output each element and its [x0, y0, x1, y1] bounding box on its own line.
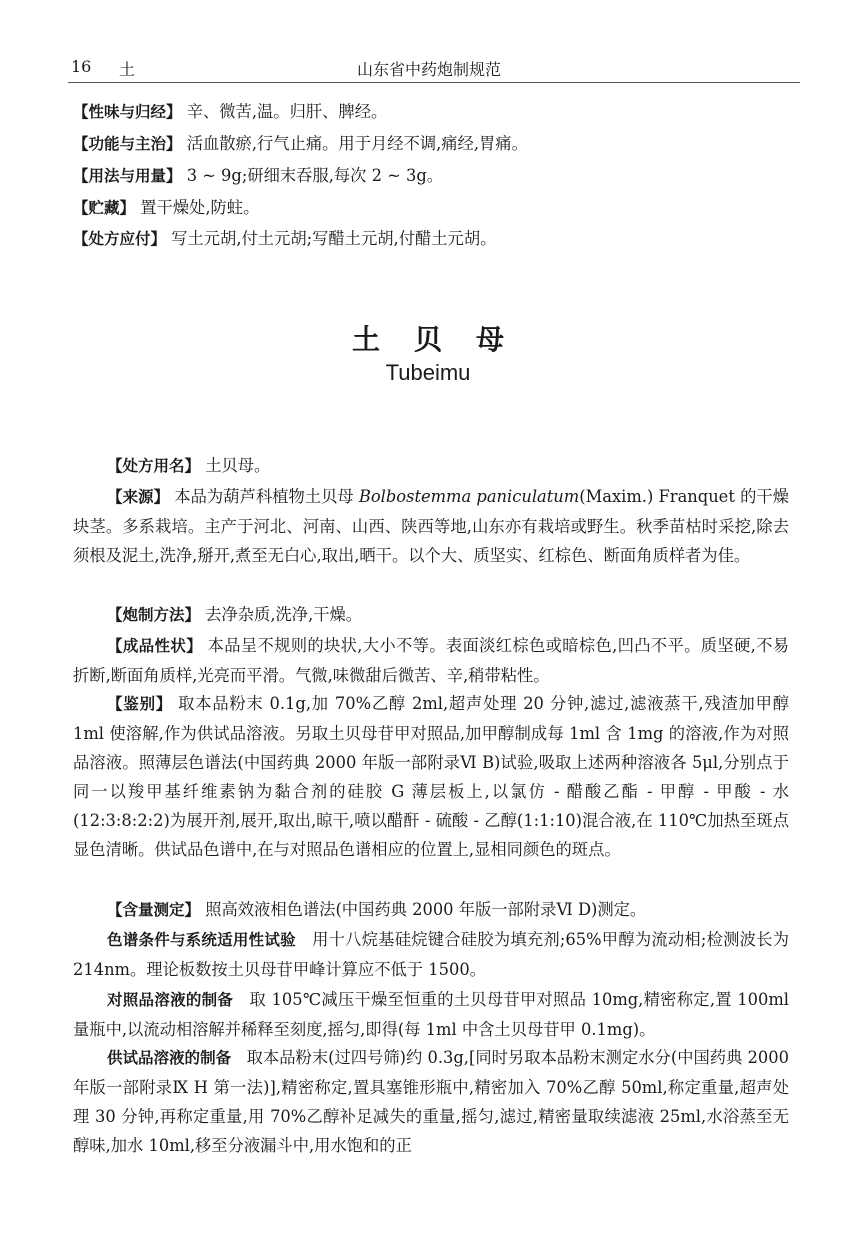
- section-text: 辛、微苦,温。归肝、脾经。: [187, 102, 388, 121]
- section-label: 【贮藏】: [73, 199, 135, 217]
- section-chromatographic-conditions: 色谱条件与系统适用性试验 用十八烷基硅烷键合硅胶为填充剂;65%甲醇为流动相;检…: [73, 925, 789, 984]
- header-rule: [68, 82, 800, 83]
- section-text: 去净杂质,洗净,干燥。: [205, 605, 362, 624]
- section-function-indication: 【功能与主治】 活血散瘀,行气止痛。用于月经不调,痛经,胃痛。: [73, 129, 789, 159]
- section-label: 【成品性状】: [107, 637, 202, 655]
- section-label: 【炮制方法】: [107, 606, 200, 624]
- entry-title-chinese: 土贝母: [0, 318, 856, 358]
- section-reference-solution: 对照品溶液的制备 取 105℃减压干燥至恒重的土贝母苷甲对照品 10mg,精密称…: [73, 985, 789, 1044]
- book-title: 山东省中药炮制规范: [73, 57, 785, 80]
- entry-title-pinyin: Tubeimu: [0, 360, 856, 386]
- section-assay: 【含量测定】 照高效液相色谱法(中国药典 2000 年版一部附录Ⅵ D)测定。: [73, 895, 789, 925]
- section-label: 对照品溶液的制备: [107, 991, 233, 1009]
- section-text: 写土元胡,付土元胡;写醋土元胡,付醋土元胡。: [171, 229, 496, 248]
- section-text: 土贝母。: [205, 456, 270, 475]
- section-text: 照高效液相色谱法(中国药典 2000 年版一部附录Ⅵ D)测定。: [205, 900, 646, 919]
- section-label: 【来源】: [107, 488, 169, 506]
- section-test-solution: 供试品溶液的制备 取本品粉末(过四号筛)约 0.3g,[同时另取本品粉末测定水分…: [73, 1043, 789, 1160]
- section-text: 置干燥处,防蛀。: [140, 198, 259, 217]
- section-prescription: 【处方应付】 写土元胡,付土元胡;写醋土元胡,付醋土元胡。: [73, 224, 789, 254]
- section-label: 【处方应付】: [73, 230, 166, 248]
- section-text: 取本品粉末 0.1g,加 70%乙醇 2ml,超声处理 20 分钟,滤过,滤液蒸…: [73, 694, 789, 859]
- latin-name: Bolbostemma paniculatum: [359, 487, 579, 506]
- section-source: 【来源】 本品为葫芦科植物土贝母 Bolbostemma paniculatum…: [73, 482, 789, 570]
- section-prescription-name: 【处方用名】 土贝母。: [73, 451, 789, 481]
- section-label: 【鉴别】: [107, 695, 172, 713]
- section-label: 【含量测定】: [107, 901, 200, 919]
- section-storage: 【贮藏】 置干燥处,防蛀。: [73, 193, 789, 223]
- section-flavor-meridian: 【性味与归经】 辛、微苦,温。归肝、脾经。: [73, 97, 789, 127]
- section-processing-method: 【炮制方法】 去净杂质,洗净,干燥。: [73, 600, 789, 630]
- section-label: 【功能与主治】: [73, 135, 182, 153]
- section-usage-dosage: 【用法与用量】 3 ~ 9g;研细末吞服,每次 2 ~ 3g。: [73, 161, 789, 191]
- section-label: 供试品溶液的制备: [107, 1049, 231, 1067]
- section-text: 3 ~ 9g;研细末吞服,每次 2 ~ 3g。: [187, 166, 443, 185]
- section-product-description: 【成品性状】 本品呈不规则的块状,大小不等。表面淡红棕色或暗棕色,凹凸不平。质坚…: [73, 631, 789, 690]
- section-text: 本品为葫芦科植物土贝母: [174, 487, 359, 506]
- section-label: 【性味与归经】: [73, 103, 182, 121]
- section-label: 【用法与用量】: [73, 167, 182, 185]
- section-label: 【处方用名】: [107, 457, 200, 475]
- section-identification: 【鉴别】 取本品粉末 0.1g,加 70%乙醇 2ml,超声处理 20 分钟,滤…: [73, 689, 789, 864]
- section-text: 活血散瘀,行气止痛。用于月经不调,痛经,胃痛。: [187, 134, 528, 153]
- section-label: 色谱条件与系统适用性试验: [107, 931, 296, 949]
